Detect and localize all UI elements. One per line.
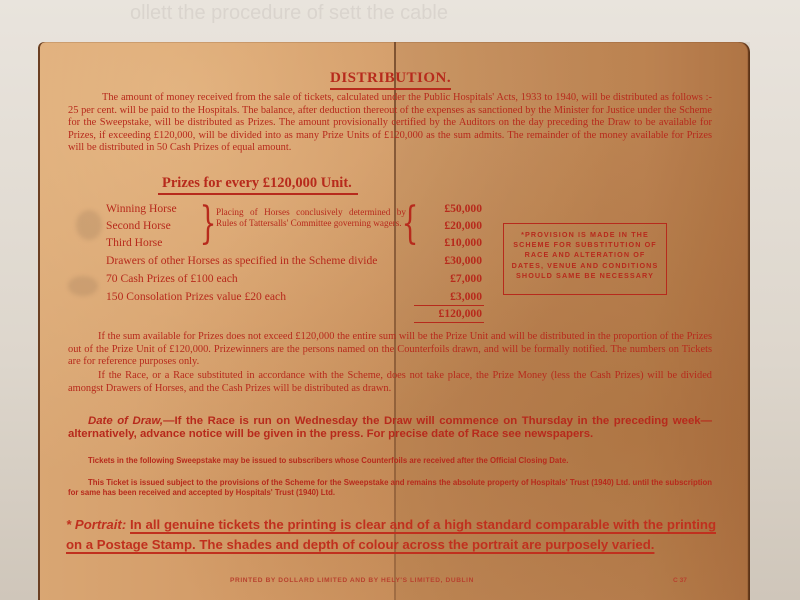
prizes-heading: Prizes for every £120,000 Unit. [158,175,358,195]
portrait-text: In all genuine tickets the printing is c… [66,517,716,552]
prize-label-third: Third Horse [106,236,162,249]
date-of-draw-paragraph: Date of Draw,—If the Race is run on Wedn… [68,415,712,442]
prize-label-winning: Winning Horse [106,202,177,215]
total-underline [414,322,484,323]
right-brace-icon: { [402,202,419,246]
portrait-label: * Portrait: [66,517,126,532]
printer-imprint: PRINTED BY DOLLARD LIMITED AND BY HELY'S… [230,577,474,584]
prize-label-cash: 70 Cash Prizes of £100 each [106,272,238,285]
ticket-issued-paragraph: This Ticket is issued subject to the pro… [68,478,712,498]
stain [68,276,98,296]
race-substitution-paragraph: If the Race, or a Race substituted in ac… [68,370,712,395]
intro-paragraph: The amount of money received from the sa… [68,92,712,155]
prize-total: £120,000 [439,307,482,320]
prize-amount-consolation: £3,000 [450,290,482,303]
left-brace-icon: } [200,202,217,246]
background-bleed-text: ollett the procedure of sett the cable [130,2,770,24]
sweepstake-ticket-back: DISTRIBUTION. The amount of money receiv… [38,42,750,600]
prize-label-consolation: 150 Consolation Prizes value £20 each [106,290,286,303]
distribution-title: DISTRIBUTION. [330,70,451,90]
stain [76,210,102,240]
total-rule [414,305,484,306]
provision-box: *PROVISION IS MADE IN THE SCHEME FOR SUB… [503,223,667,295]
prize-label-other-horses: Drawers of other Horses as specified in … [106,254,377,267]
date-of-draw-text: —If the Race is run on Wednesday the Dra… [68,415,712,440]
portrait-notice: * Portrait: In all genuine tickets the p… [66,515,716,555]
date-of-draw-label: Date of Draw, [88,415,163,427]
prize-amount-third: £10,000 [444,236,482,249]
ticket-code: C 37 [673,577,687,584]
following-sweepstake-paragraph: Tickets in the following Sweepstake may … [68,456,712,466]
prize-amount-cash: £7,000 [450,272,482,285]
prize-unit-paragraph: If the sum available for Prizes does not… [68,331,712,369]
prize-label-second: Second Horse [106,219,171,232]
prize-amount-second: £20,000 [444,219,482,232]
prize-amount-winning: £50,000 [444,202,482,215]
placing-note: Placing of Horses conclusively determine… [216,207,406,228]
prize-amount-other-horses: £30,000 [444,254,482,267]
